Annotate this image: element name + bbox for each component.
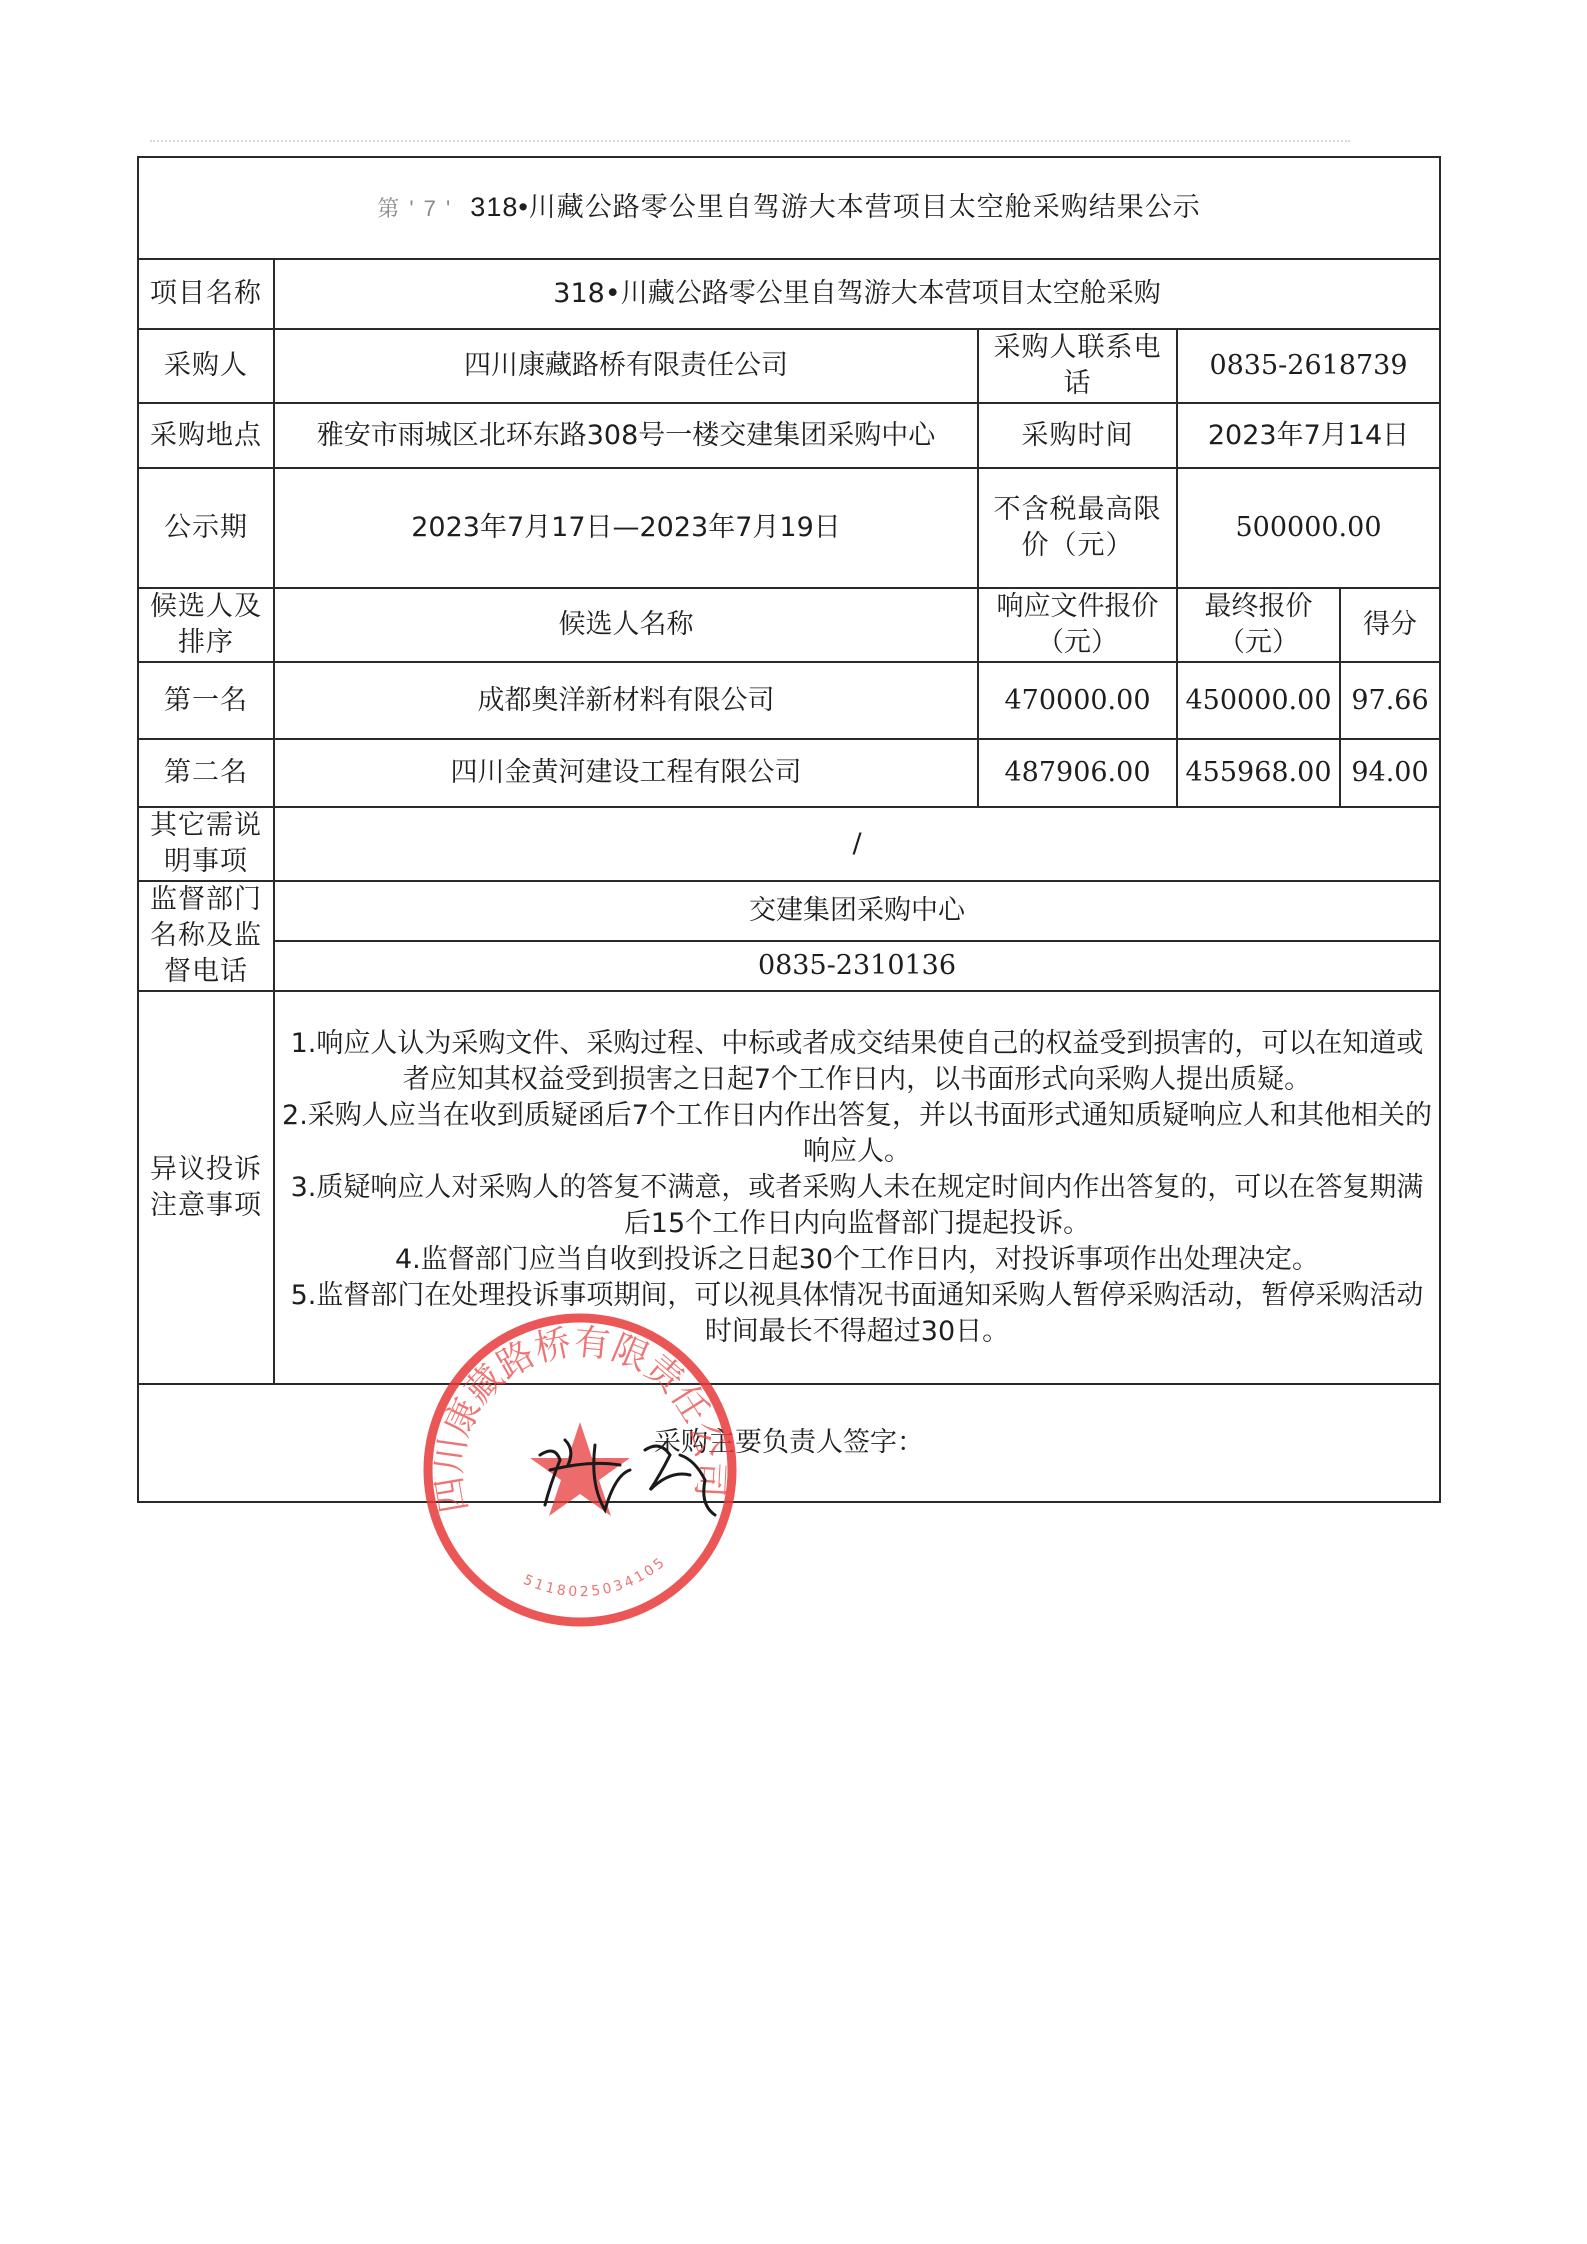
supervision-label: 监督部门名称及监督电话 xyxy=(138,881,274,991)
supervision-phone: 0835-2310136 xyxy=(274,941,1440,991)
objection-notes: 1.响应人认为采购文件、采购过程、中标或者成交结果使自己的权益受到损害的，可以在… xyxy=(274,991,1440,1384)
title-prefix: 第 ' 7 ' xyxy=(377,196,460,221)
candidate-name: 成都奥洋新材料有限公司 xyxy=(274,662,978,739)
candidate-bid-price: 487906.00 xyxy=(978,739,1177,807)
bid-price-header: 响应文件报价（元） xyxy=(978,588,1177,662)
title-text: 318•川藏公路零公里自驾游大本营项目太空舱采购结果公示 xyxy=(470,192,1201,222)
score-header: 得分 xyxy=(1340,588,1440,662)
objection-item: 1.响应人认为采购文件、采购过程、中标或者成交结果使自己的权益受到损害的，可以在… xyxy=(279,1026,1435,1098)
svg-text:5118025034105: 5118025034105 xyxy=(521,1553,670,1600)
purchase-time-label: 采购时间 xyxy=(978,403,1177,468)
publicity-period-label: 公示期 xyxy=(138,468,274,588)
signature-field: 采购主要负责人签字： xyxy=(138,1384,1440,1502)
purchaser-value: 四川康藏路桥有限责任公司 xyxy=(274,329,978,403)
scan-artifact xyxy=(150,140,1350,148)
document-title: 第 ' 7 ' 318•川藏公路零公里自驾游大本营项目太空舱采购结果公示 xyxy=(138,157,1440,259)
project-name-value: 318•川藏公路零公里自驾游大本营项目太空舱采购 xyxy=(274,259,1440,329)
candidate-row: 第二名 四川金黄河建设工程有限公司 487906.00 455968.00 94… xyxy=(138,739,1440,807)
objection-item: 4.监督部门应当自收到投诉之日起30个工作日内，对投诉事项作出处理决定。 xyxy=(279,1242,1435,1278)
purchaser-phone-value: 0835-2618739 xyxy=(1177,329,1440,403)
candidate-final-price: 450000.00 xyxy=(1177,662,1340,739)
other-notes-value: / xyxy=(274,807,1440,881)
candidate-row: 第一名 成都奥洋新材料有限公司 470000.00 450000.00 97.6… xyxy=(138,662,1440,739)
objection-label: 异议投诉注意事项 xyxy=(138,991,274,1384)
other-notes-label: 其它需说明事项 xyxy=(138,807,274,881)
stamp-serial: 5118025034105 xyxy=(521,1553,670,1600)
publicity-period-value: 2023年7月17日—2023年7月19日 xyxy=(274,468,978,588)
supervision-department: 交建集团采购中心 xyxy=(274,881,1440,941)
candidate-score: 97.66 xyxy=(1340,662,1440,739)
objection-item: 5.监督部门在处理投诉事项期间，可以视具体情况书面通知采购人暂停采购活动，暂停采… xyxy=(279,1278,1435,1350)
location-label: 采购地点 xyxy=(138,403,274,468)
procurement-result-table: 第 ' 7 ' 318•川藏公路零公里自驾游大本营项目太空舱采购结果公示 项目名… xyxy=(137,156,1441,1503)
objection-item: 2.采购人应当在收到质疑函后7个工作日内作出答复，并以书面形式通知质疑响应人和其… xyxy=(279,1098,1435,1170)
candidate-name-header: 候选人名称 xyxy=(274,588,978,662)
purchaser-label: 采购人 xyxy=(138,329,274,403)
candidate-bid-price: 470000.00 xyxy=(978,662,1177,739)
candidate-final-price: 455968.00 xyxy=(1177,739,1340,807)
signature-label: 采购主要负责人签字： xyxy=(654,1427,924,1458)
final-price-header: 最终报价（元） xyxy=(1177,588,1340,662)
candidate-name: 四川金黄河建设工程有限公司 xyxy=(274,739,978,807)
purchase-time-value: 2023年7月14日 xyxy=(1177,403,1440,468)
location-value: 雅安市雨城区北环东路308号一楼交建集团采购中心 xyxy=(274,403,978,468)
max-price-label: 不含税最高限价（元） xyxy=(978,468,1177,588)
candidate-score: 94.00 xyxy=(1340,739,1440,807)
objection-item: 3.质疑响应人对采购人的答复不满意，或者采购人未在规定时间内作出答复的，可以在答… xyxy=(279,1170,1435,1242)
project-name-label: 项目名称 xyxy=(138,259,274,329)
candidate-rank: 第二名 xyxy=(138,739,274,807)
max-price-value: 500000.00 xyxy=(1177,468,1440,588)
candidate-rank-header: 候选人及排序 xyxy=(138,588,274,662)
candidate-rank: 第一名 xyxy=(138,662,274,739)
purchaser-phone-label: 采购人联系电话 xyxy=(978,329,1177,403)
